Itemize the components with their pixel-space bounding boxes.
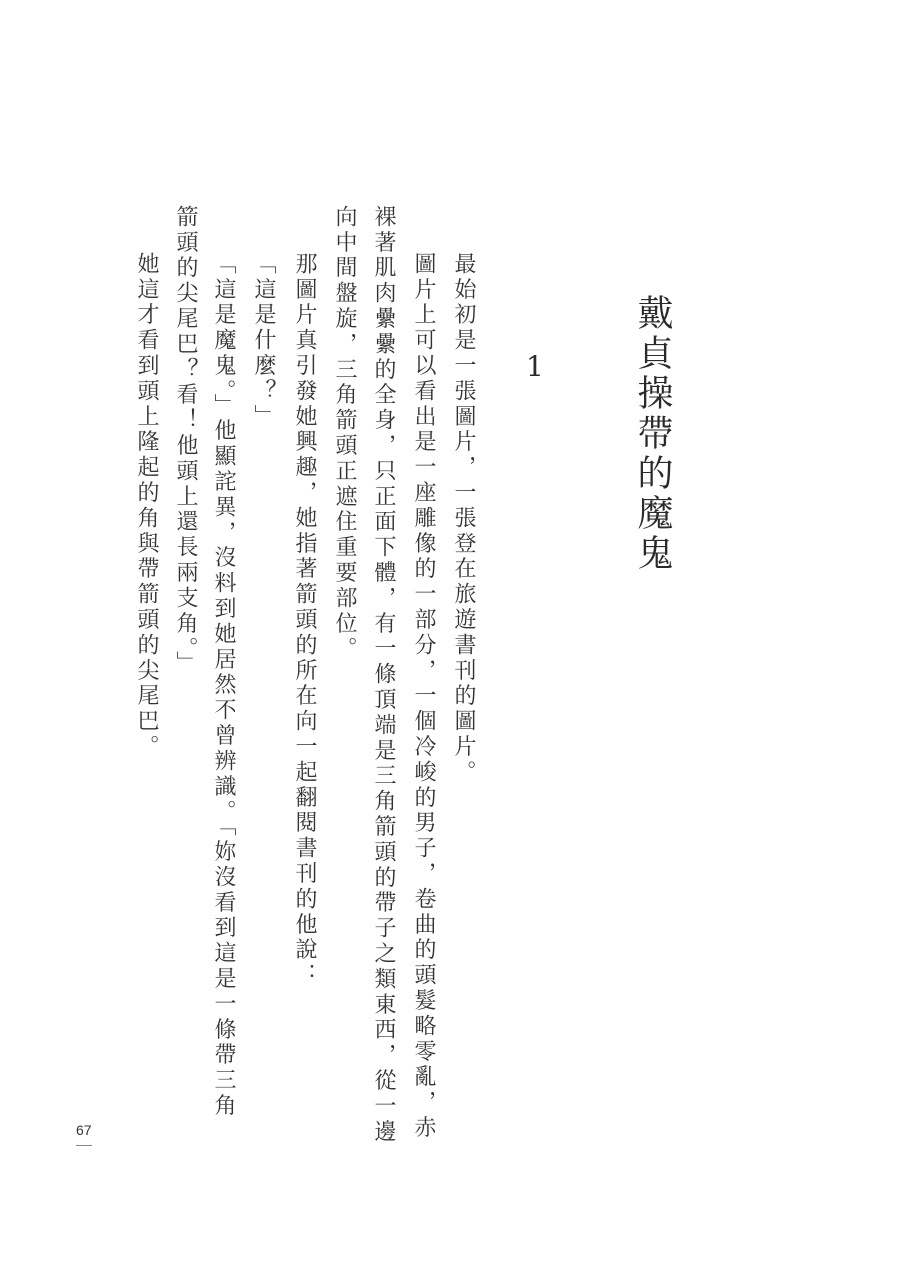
chapter-title: 戴貞操帶的魔鬼: [632, 294, 672, 574]
dialogue-line: 「這是魔鬼。」他顯詫異，沒料到她居然不曾辨識。「妳沒看到這是一條帶三角: [210, 252, 236, 1119]
paragraph-line: 她這才看到頭上隆起的角與帶箭頭的尖尾巴。: [133, 252, 159, 760]
paragraph-line: 向中間盤旋，三角箭頭正遮住重要部位。: [331, 205, 357, 662]
paragraph-line: 那圖片真引發她興趣，她指著箭頭的所在向一起翻閱書刊的他說：: [291, 252, 317, 989]
page-number-underline: [76, 1145, 92, 1146]
dialogue-line: 「這是什麼？」: [250, 252, 276, 430]
page-number: 67: [76, 1122, 92, 1138]
paragraph-line: 圖片上可以看出是一座雕像的一部分，一個冷峻的男子，卷曲的頭髮略零亂，赤: [410, 252, 436, 1141]
paragraph-line: 裸著肌肉纍纍的全身，只正面下體，有一條頂端是三角箭頭的帶子之類東西，從一邊: [370, 205, 396, 1145]
book-page: 戴貞操帶的魔鬼 1 最始初是一張圖片，一張登在旅遊書刊的圖片。 圖片上可以看出是…: [0, 0, 919, 1269]
paragraph-line: 最始初是一張圖片，一張登在旅遊書刊的圖片。: [450, 252, 476, 785]
section-number: 1: [526, 350, 544, 384]
dialogue-line: 箭頭的尖尾巴？看！他頭上還長兩支角。」: [172, 205, 198, 677]
